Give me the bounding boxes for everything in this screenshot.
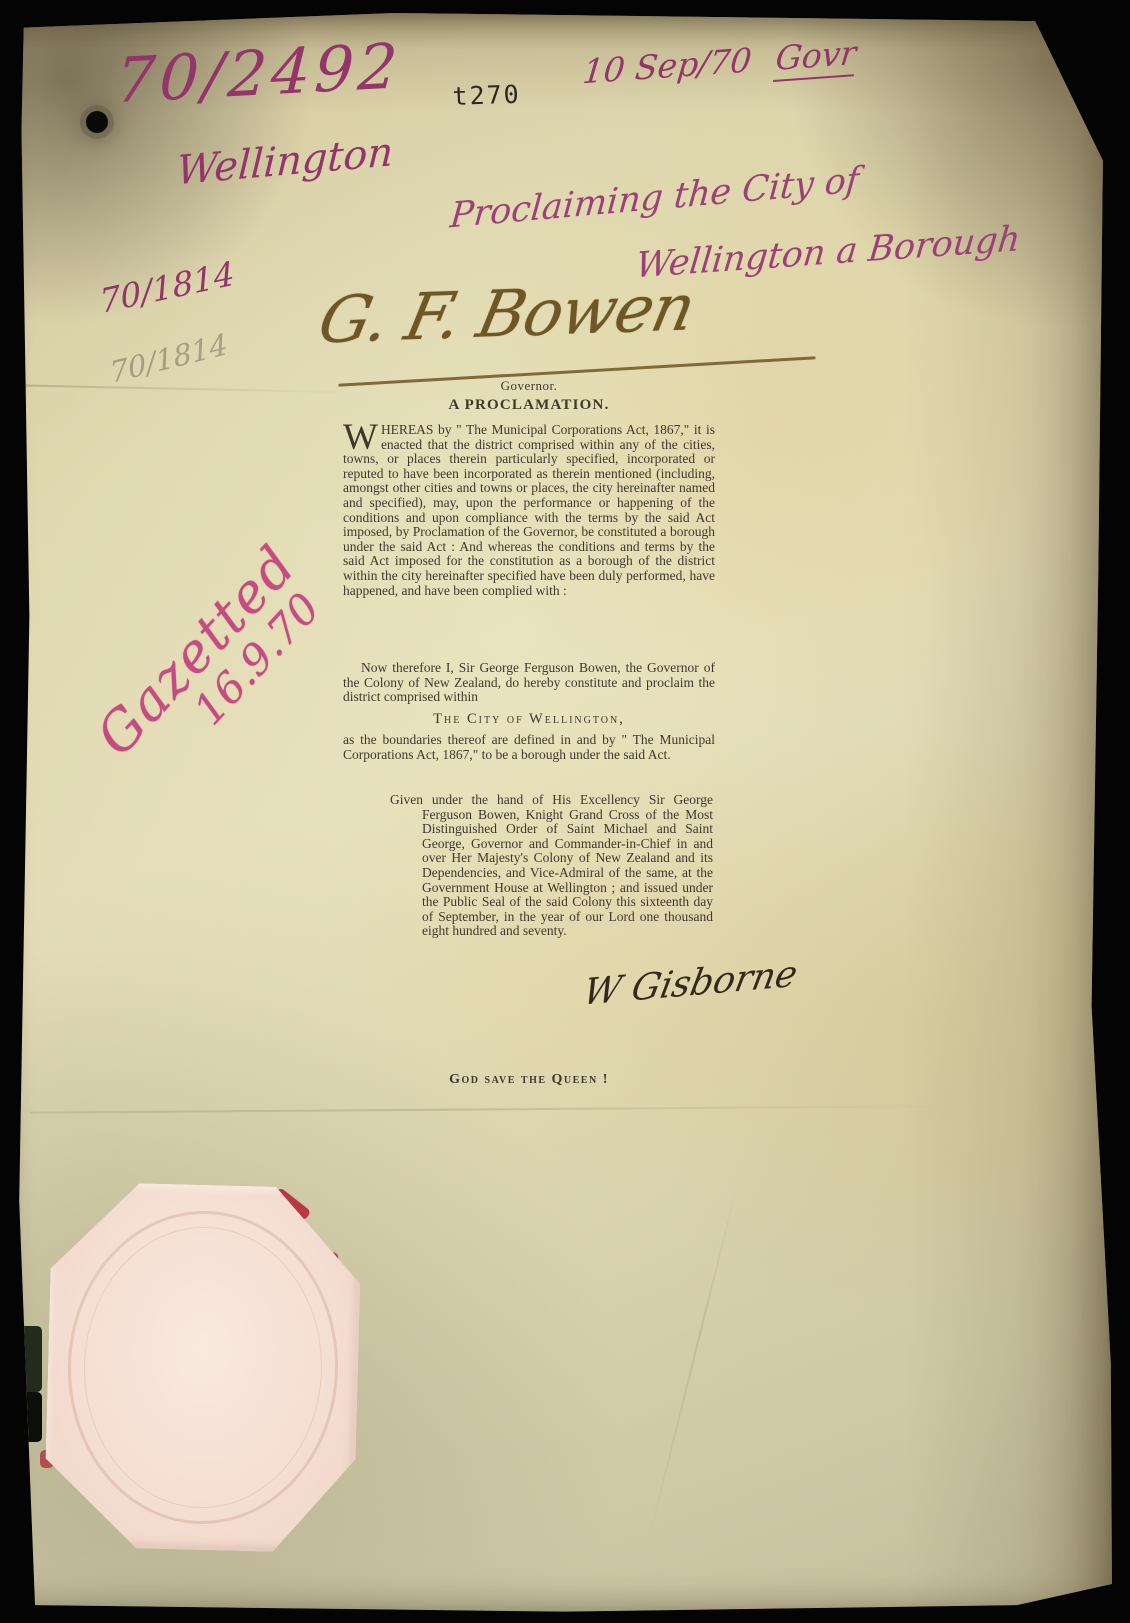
stamp-number: t270: [452, 80, 521, 111]
paragraph-whereas: WHEREAS by " The Municipal Corporations …: [343, 423, 715, 598]
annotation-file-number-pencil: 70/1814: [108, 327, 230, 390]
attestation-paragraph: Given under the hand of His Excellency S…: [390, 793, 713, 939]
ribbon-fragment: [14, 1326, 42, 1392]
scan-background: 70/2492 t270 10 Sep/70 Govr Wellington P…: [0, 0, 1130, 1623]
crease-line: [25, 385, 355, 394]
governor-title: Governor.: [343, 378, 715, 394]
ribbon-fragment: [6, 1392, 42, 1442]
annotation-file-number-top: 70/2492: [114, 29, 403, 117]
gazetted-note: Gazetted 16.9.70: [64, 512, 360, 818]
wafer-seal: [43, 1181, 362, 1554]
god-save-the-queen: God save the Queen !: [343, 1072, 715, 1088]
annotation-place-note: Wellington: [176, 129, 395, 194]
city-of-wellington-line: The City of Wellington,: [343, 711, 715, 728]
bowen-signature: G. F. Bowen: [312, 271, 701, 359]
annotation-file-number-mid: 70/1814: [98, 253, 236, 321]
annotation-date-text: 10 Sep/70: [581, 40, 754, 91]
document-paper: 70/2492 t270 10 Sep/70 Govr Wellington P…: [0, 0, 1130, 1623]
punch-hole: [86, 111, 108, 133]
annotation-date-note: 10 Sep/70 Govr: [581, 33, 858, 91]
paragraph-boundaries: as the boundaries thereof are defined in…: [343, 733, 715, 762]
crease-line: [30, 1104, 1070, 1113]
gisborne-signature: W Gisborne: [580, 953, 801, 1013]
annotation-subject-line1: Proclaiming the City of: [448, 160, 860, 236]
proclamation-heading: A PROCLAMATION.: [343, 397, 715, 414]
annotation-governor-abbrev: Govr: [773, 33, 858, 82]
paragraph-now-therefore: Now therefore I, Sir George Ferguson Bow…: [343, 661, 715, 705]
crease-line: [644, 1185, 738, 1554]
